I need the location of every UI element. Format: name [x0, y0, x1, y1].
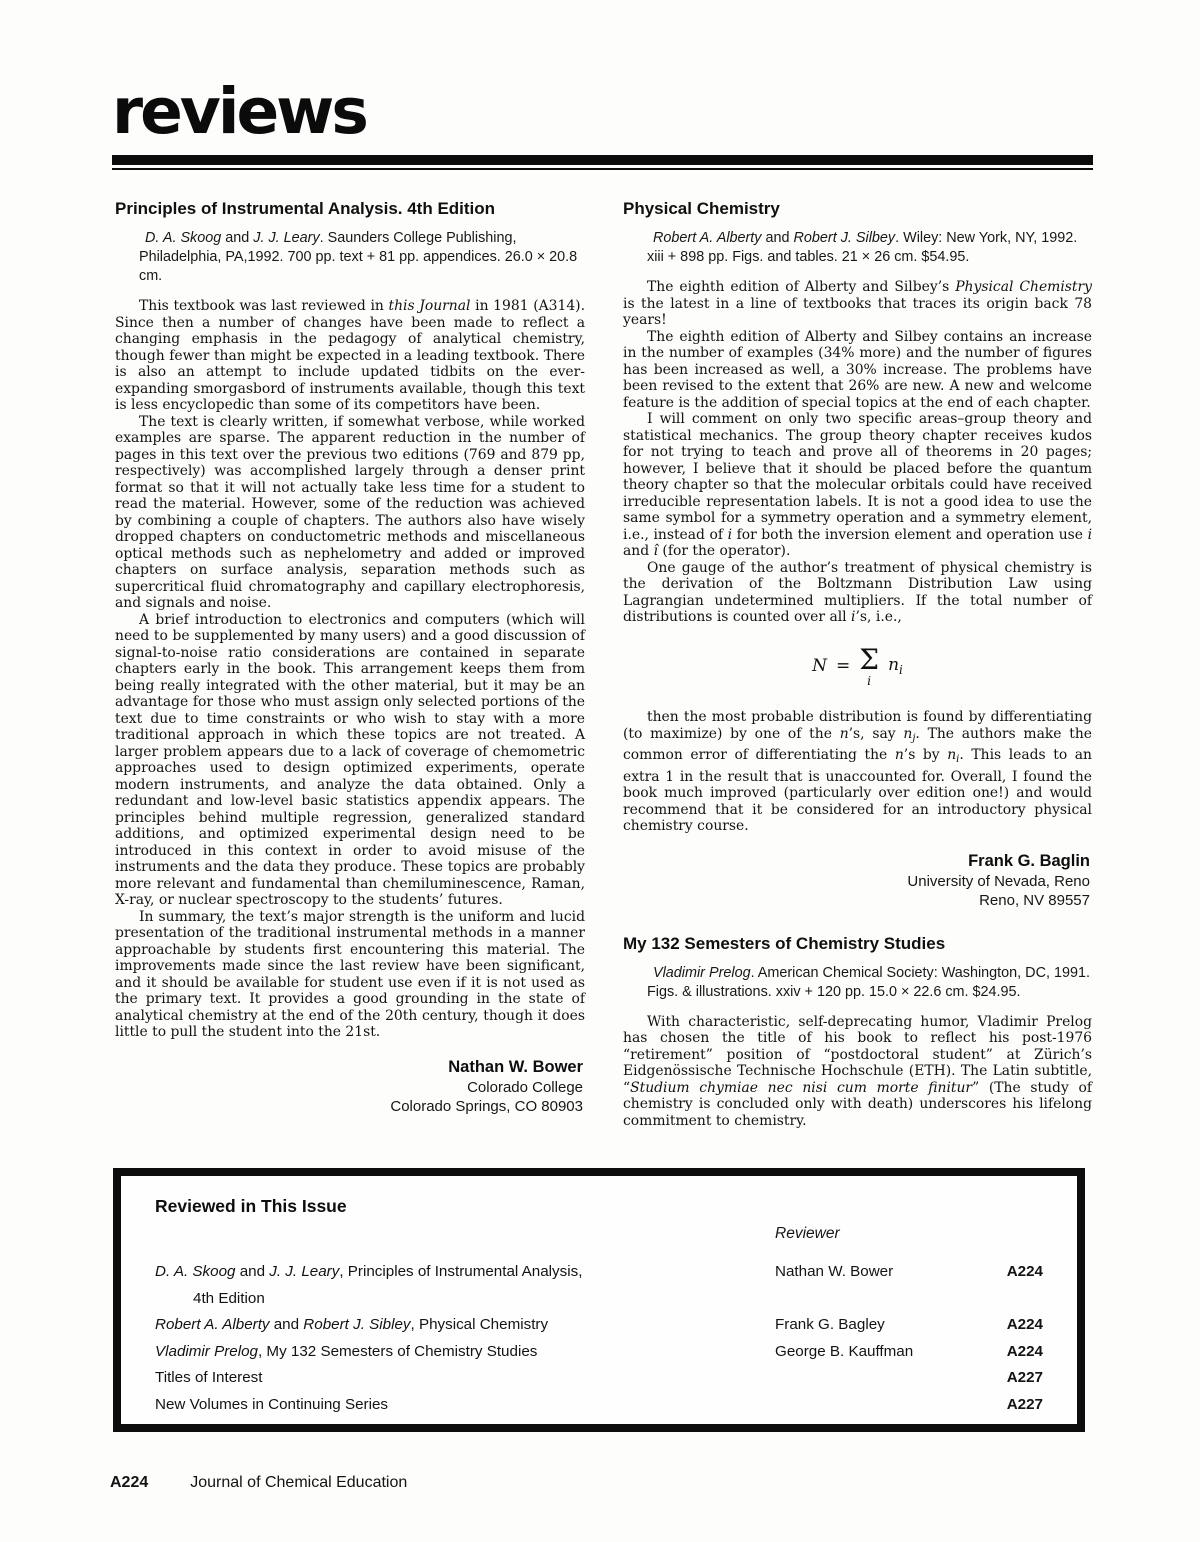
row-reviewer: [775, 1392, 975, 1419]
row-book-title: New Volumes in Continuing Series: [155, 1392, 775, 1419]
equation-term: ni: [888, 655, 903, 677]
review-body-continued: then the most probable distribution is f…: [623, 709, 1092, 835]
row-page-number: A224: [975, 1339, 1043, 1366]
review-instrumental-analysis: Principles of Instrumental Analysis. 4th…: [115, 198, 585, 1117]
table-row: Robert A. Alberty and Robert J. Sibley, …: [155, 1312, 1043, 1339]
body-paragraph: I will comment on only two specific area…: [623, 411, 1092, 560]
reviewer-name: Frank G. Baglin: [623, 851, 1090, 872]
term-subscript: i: [899, 663, 903, 677]
masthead-rule: [112, 155, 1093, 170]
row-book-title: Robert A. Alberty and Robert J. Sibley, …: [155, 1312, 775, 1339]
row-book-title: Titles of Interest: [155, 1365, 775, 1392]
right-column: Physical Chemistry Robert A. Alberty and…: [623, 198, 1092, 1129]
row-page-number: A227: [975, 1392, 1043, 1419]
reviewer-address: Colorado Springs, CO 80903: [115, 1097, 583, 1117]
review-body: With characteristic, self-deprecating hu…: [623, 1014, 1092, 1130]
row-book-title: Vladimir Prelog, My 132 Semesters of Che…: [155, 1339, 775, 1366]
row-reviewer: [775, 1365, 975, 1392]
left-column: Principles of Instrumental Analysis. 4th…: [115, 198, 585, 1139]
equation-lhs: N: [812, 656, 827, 676]
reviewer-signature: Nathan W. Bower Colorado College Colorad…: [115, 1057, 583, 1117]
book-citation: D. A. Skoog and J. J. Leary. Saunders Co…: [139, 229, 585, 286]
body-paragraph: The eighth edition of Alberty and Silbey…: [623, 279, 1092, 329]
body-paragraph: This textbook was last reviewed in this …: [115, 298, 585, 414]
masthead: reviews: [112, 80, 366, 143]
review-title: My 132 Semesters of Chemistry Studies: [623, 933, 1092, 954]
body-paragraph: One gauge of the author’s treatment of p…: [623, 560, 1092, 626]
row-book-title: D. A. Skoog and J. J. Leary, Principles …: [155, 1259, 775, 1312]
book-citation: Robert A. Alberty and Robert J. Silbey. …: [647, 229, 1092, 267]
reviewer-affiliation: University of Nevada, Reno: [623, 872, 1090, 892]
body-paragraph: The text is clearly written, if somewhat…: [115, 414, 585, 612]
masthead-rule-thick: [112, 155, 1093, 165]
reviews-section-logo: reviews: [112, 80, 366, 143]
page-footer: A224Journal of Chemical Education: [110, 1474, 407, 1492]
issue-box-title: Reviewed in This Issue: [155, 1196, 1043, 1217]
journal-page: reviews Principles of Instrumental Analy…: [0, 0, 1200, 1542]
table-row: New Volumes in Continuing Series A227: [155, 1392, 1043, 1419]
summation-symbol: Σ i: [859, 646, 879, 688]
row-page-number: A227: [975, 1365, 1043, 1392]
row-reviewer: George B. Kauffman: [775, 1339, 975, 1366]
review-title: Principles of Instrumental Analysis. 4th…: [115, 198, 585, 219]
reviewer-affiliation: Colorado College: [115, 1078, 583, 1098]
reviewer-column-header: Reviewer: [775, 1225, 1043, 1243]
body-paragraph: A brief introduction to electronics and …: [115, 612, 585, 909]
boltzmann-count-equation: N = Σ i ni: [623, 646, 1092, 688]
row-page-number: A224: [975, 1259, 1043, 1312]
body-paragraph: With characteristic, self-deprecating hu…: [623, 1014, 1092, 1130]
summation-index: i: [867, 675, 871, 688]
reviewed-in-this-issue-box: Reviewed in This Issue Reviewer D. A. Sk…: [113, 1168, 1085, 1432]
two-column-body: Principles of Instrumental Analysis. 4th…: [115, 198, 1092, 1139]
table-row: Titles of Interest A227: [155, 1365, 1043, 1392]
reviewer-address: Reno, NV 89557: [623, 891, 1090, 911]
book-citation: Vladimir Prelog. American Chemical Socie…: [647, 964, 1092, 1002]
review-title: Physical Chemistry: [623, 198, 1092, 219]
table-row: Vladimir Prelog, My 132 Semesters of Che…: [155, 1339, 1043, 1366]
table-row: D. A. Skoog and J. J. Leary, Principles …: [155, 1259, 1043, 1312]
reviewer-signature: Frank G. Baglin University of Nevada, Re…: [623, 851, 1090, 911]
equation-equals: =: [836, 656, 850, 676]
masthead-rule-thin: [112, 168, 1093, 170]
row-reviewer: Frank G. Bagley: [775, 1312, 975, 1339]
footer-page-number: A224: [110, 1474, 148, 1491]
body-paragraph: The eighth edition of Alberty and Silbey…: [623, 329, 1092, 412]
footer-journal-title: Journal of Chemical Education: [190, 1474, 407, 1491]
sigma-glyph: Σ: [859, 646, 879, 674]
row-page-number: A224: [975, 1312, 1043, 1339]
reviewer-name: Nathan W. Bower: [115, 1057, 583, 1078]
review-132-semesters: My 132 Semesters of Chemistry Studies Vl…: [623, 933, 1092, 1130]
review-body: The eighth edition of Alberty and Silbey…: [623, 279, 1092, 626]
review-body: This textbook was last reviewed in this …: [115, 298, 585, 1041]
body-paragraph: In summary, the text’s major strength is…: [115, 909, 585, 1041]
review-physical-chemistry: Physical Chemistry Robert A. Alberty and…: [623, 198, 1092, 911]
body-paragraph: then the most probable distribution is f…: [623, 709, 1092, 835]
row-reviewer: Nathan W. Bower: [775, 1259, 975, 1312]
